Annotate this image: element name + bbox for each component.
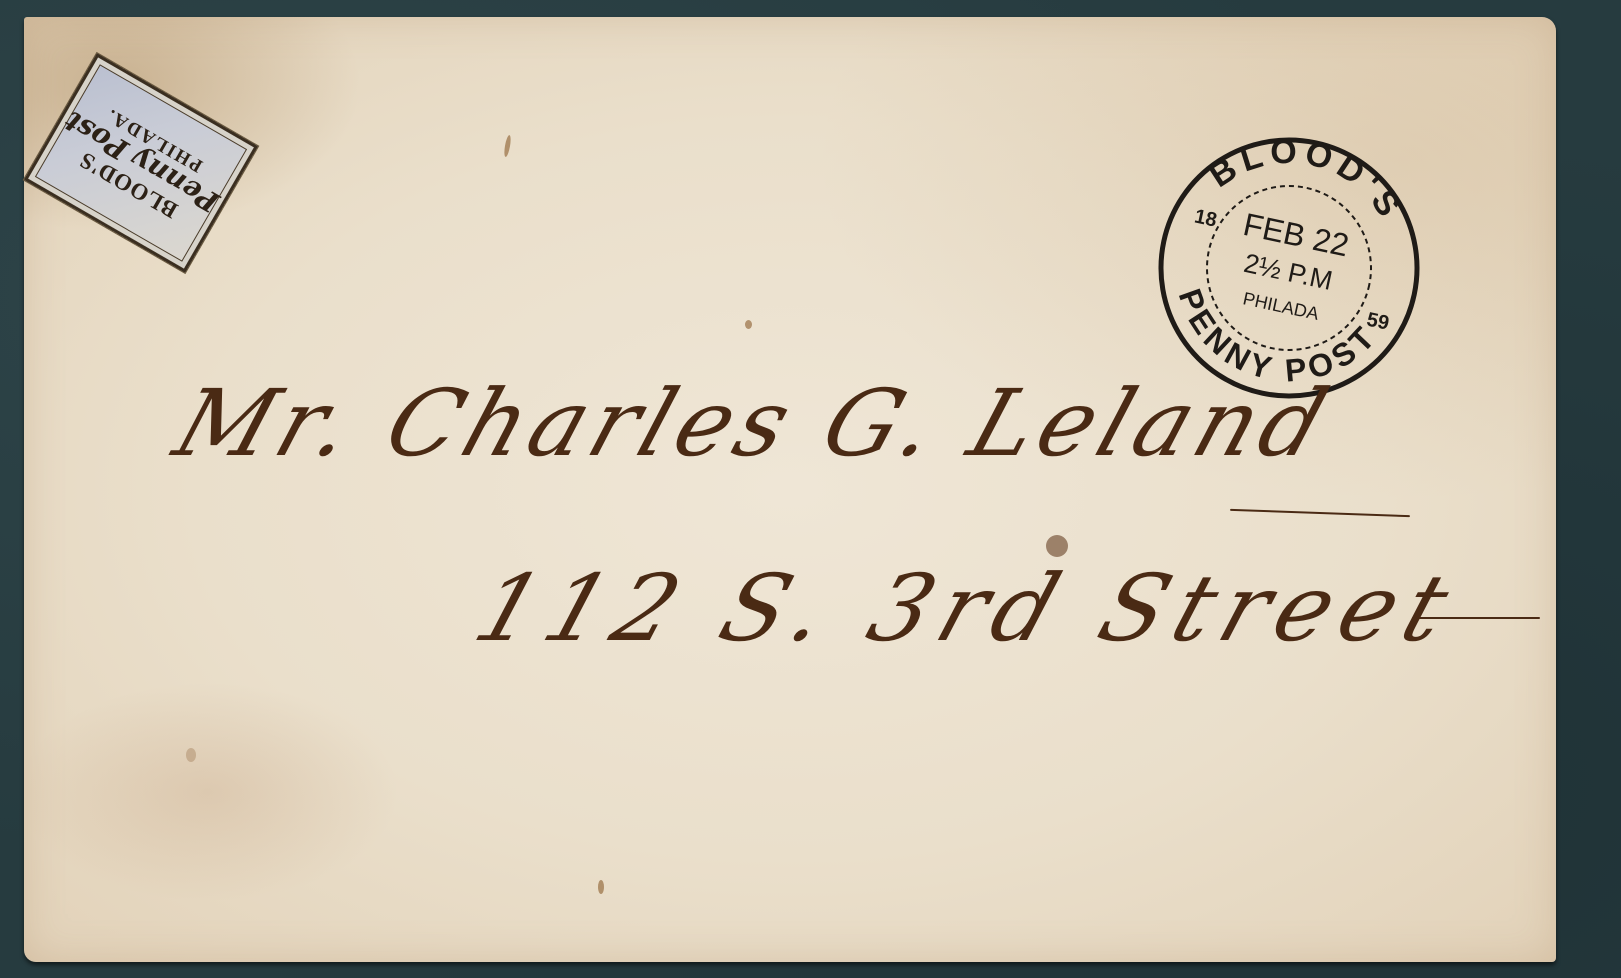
address-street: 112 S. 3rd Street [463, 555, 1471, 662]
address-recipient: Mr. Charles G. Leland [163, 370, 1346, 477]
postmark-year-left: 18 [1192, 206, 1218, 232]
foxing-spot [745, 320, 752, 329]
foxing-spot [598, 880, 604, 894]
ink-blot [1046, 535, 1068, 557]
address-flourish [1412, 617, 1540, 619]
postmark-year-right: 59 [1365, 309, 1391, 335]
foxing-spot [186, 748, 196, 762]
postmark-city: PHILADA [1241, 288, 1321, 324]
